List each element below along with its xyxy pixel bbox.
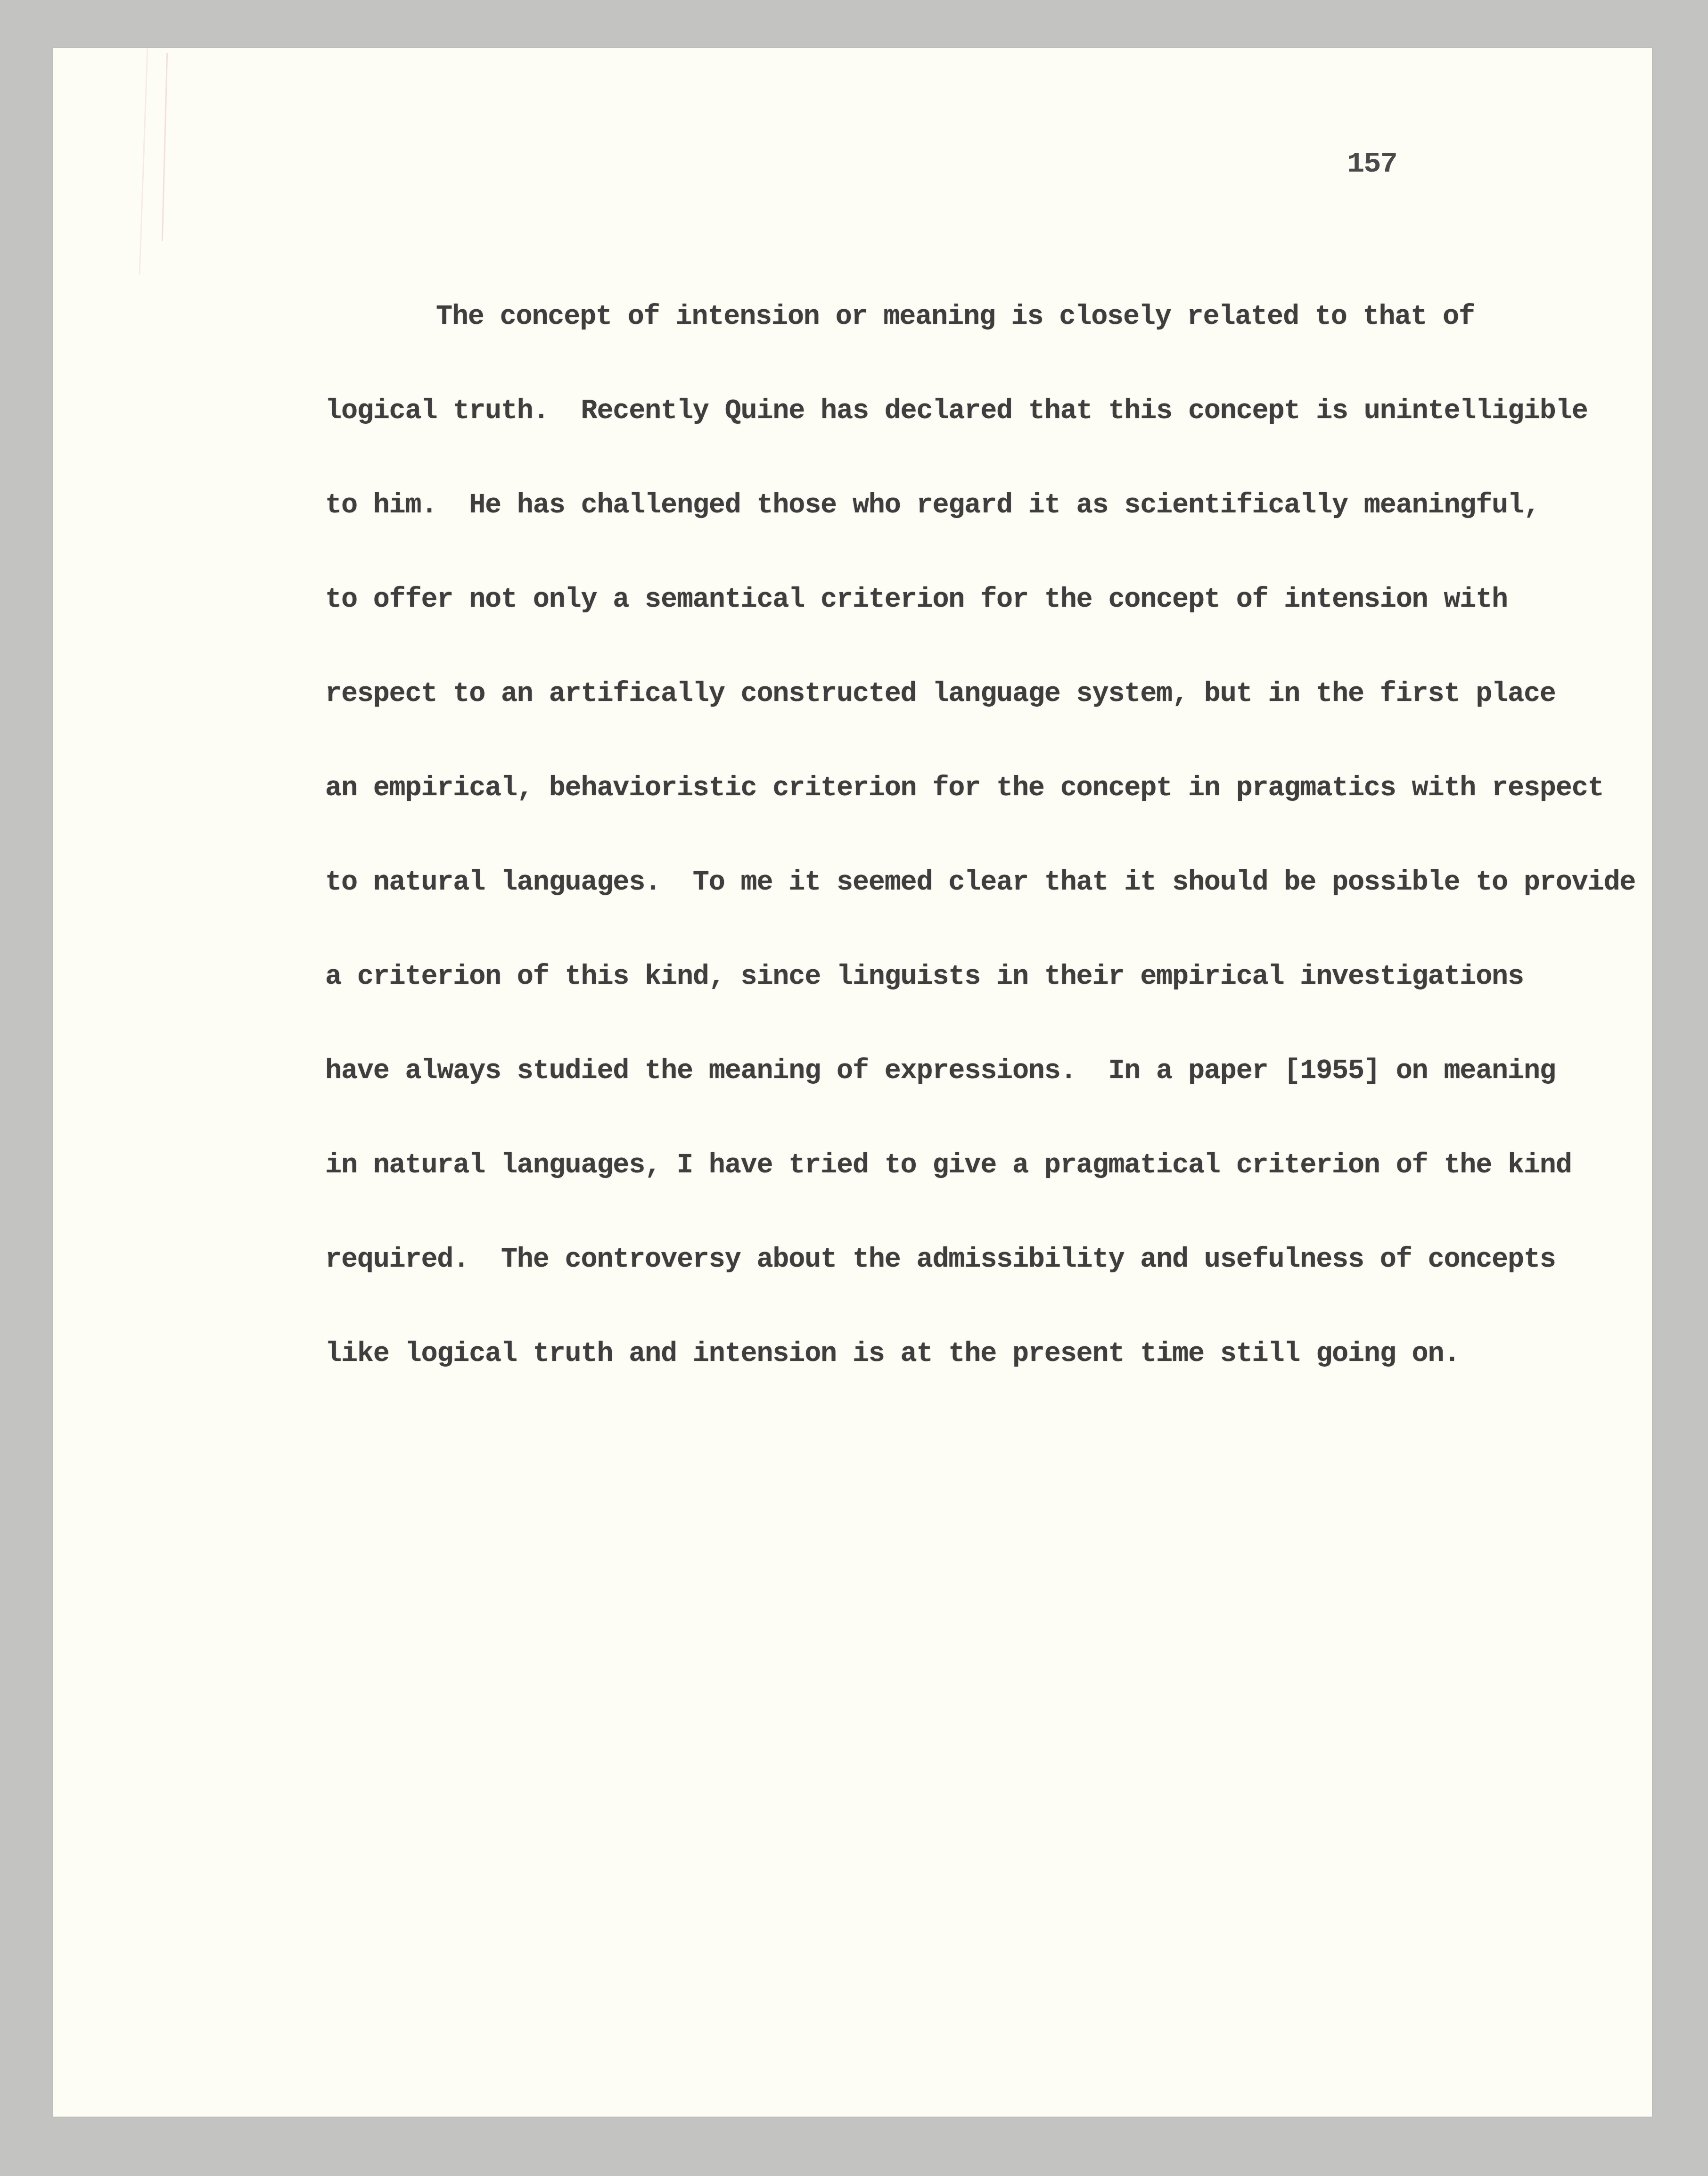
text-line: logical truth. Recently Quine has declar… (325, 364, 1668, 458)
text-line: a criterion of this kind, since linguist… (325, 930, 1668, 1024)
text-line: respect to an artifically constructed la… (325, 647, 1668, 741)
text-line: The concept of intension or meaning is c… (325, 270, 1668, 364)
text-line: like logical truth and intension is at t… (325, 1307, 1668, 1401)
text-line: an empirical, behavioristic criterion fo… (325, 741, 1668, 835)
text-line: to him. He has challenged those who rega… (325, 458, 1668, 552)
text-line: required. The controversy about the admi… (325, 1212, 1668, 1307)
fold-mark (162, 53, 168, 241)
text-line: to natural languages. To me it seemed cl… (325, 835, 1668, 930)
fold-mark (139, 48, 148, 274)
text-line: to offer not only a semantical criterion… (325, 552, 1668, 647)
document-page: 157 The concept of intension or meaning … (53, 48, 1652, 2117)
text-line: have always studied the meaning of expre… (325, 1024, 1668, 1118)
text-line: in natural languages, I have tried to gi… (325, 1118, 1668, 1212)
body-paragraph: The concept of intension or meaning is c… (325, 270, 1668, 1401)
page-number: 157 (1347, 147, 1397, 181)
